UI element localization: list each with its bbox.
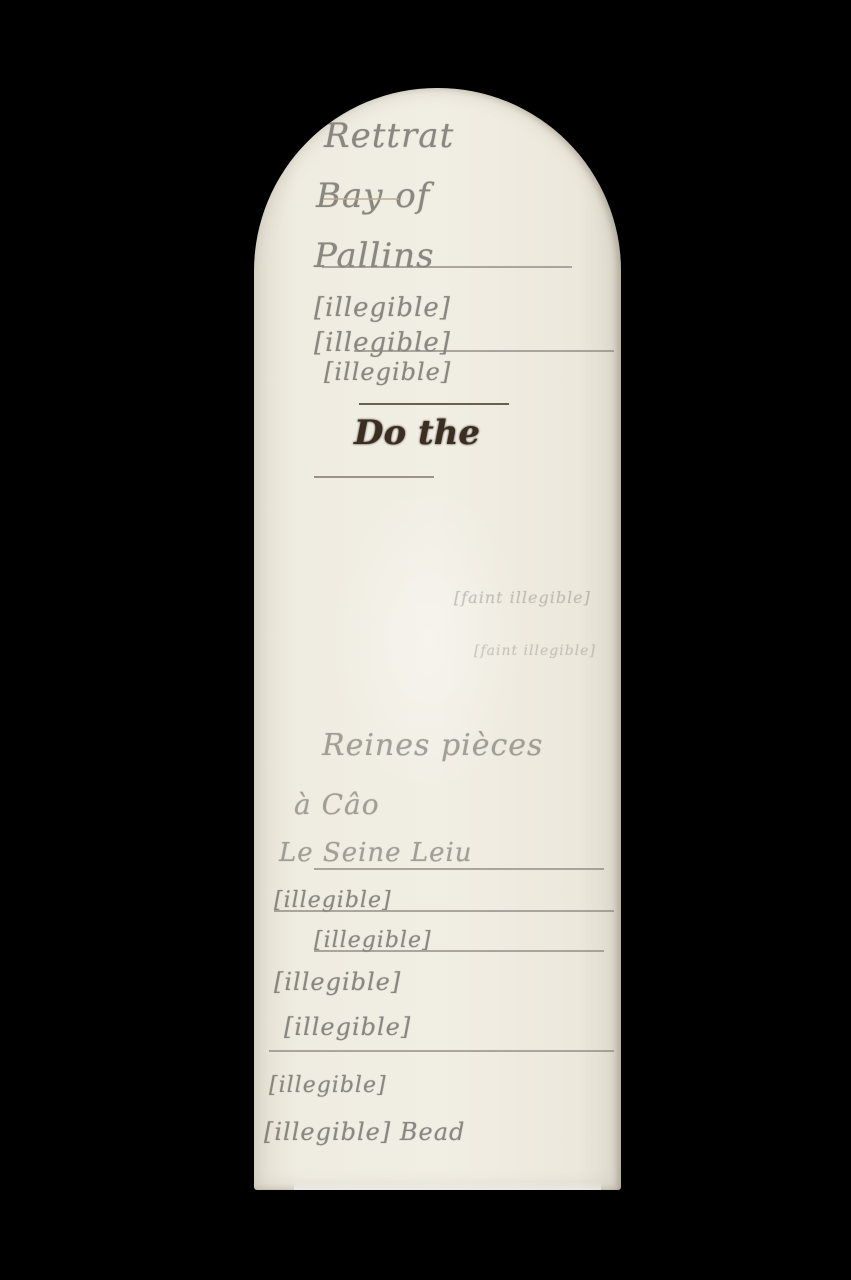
ink-signature: Do the	[354, 413, 480, 453]
ink-rule	[359, 403, 509, 405]
handwriting-line: Pallins	[314, 236, 435, 276]
handwriting-line: [illegible]	[274, 968, 401, 996]
strike-through	[314, 868, 604, 870]
handwriting-line: Rettrat	[324, 116, 454, 156]
strike-through	[274, 910, 614, 912]
handwriting-line: Reines pièces	[322, 728, 543, 763]
handwriting-line: [illegible]	[314, 293, 451, 323]
edge-gloss	[294, 1182, 601, 1190]
handwriting-line: [illegible]	[269, 1073, 387, 1098]
handwriting-line: [illegible]	[284, 1013, 411, 1041]
strike-through	[324, 198, 399, 200]
ivory-tablet: Rettrat Bay of Pallins [illegible] [ille…	[254, 88, 621, 1190]
handwriting-line: [illegible]	[324, 358, 451, 386]
strike-through	[354, 350, 614, 352]
strike-through	[314, 950, 604, 952]
strike-through	[269, 1050, 614, 1052]
faint-handwriting: [faint illegible]	[454, 588, 591, 607]
faint-handwriting: [faint illegible]	[474, 643, 596, 659]
strike-through	[322, 266, 572, 268]
handwriting-line: [illegible] Bead	[264, 1118, 465, 1146]
ink-rule	[314, 476, 434, 478]
handwriting-line: Bay of	[316, 176, 430, 216]
handwriting-line: Le Seine Leiu	[279, 838, 473, 868]
handwriting-line: à Câo	[294, 788, 380, 821]
handwriting-line: [illegible]	[314, 328, 451, 358]
